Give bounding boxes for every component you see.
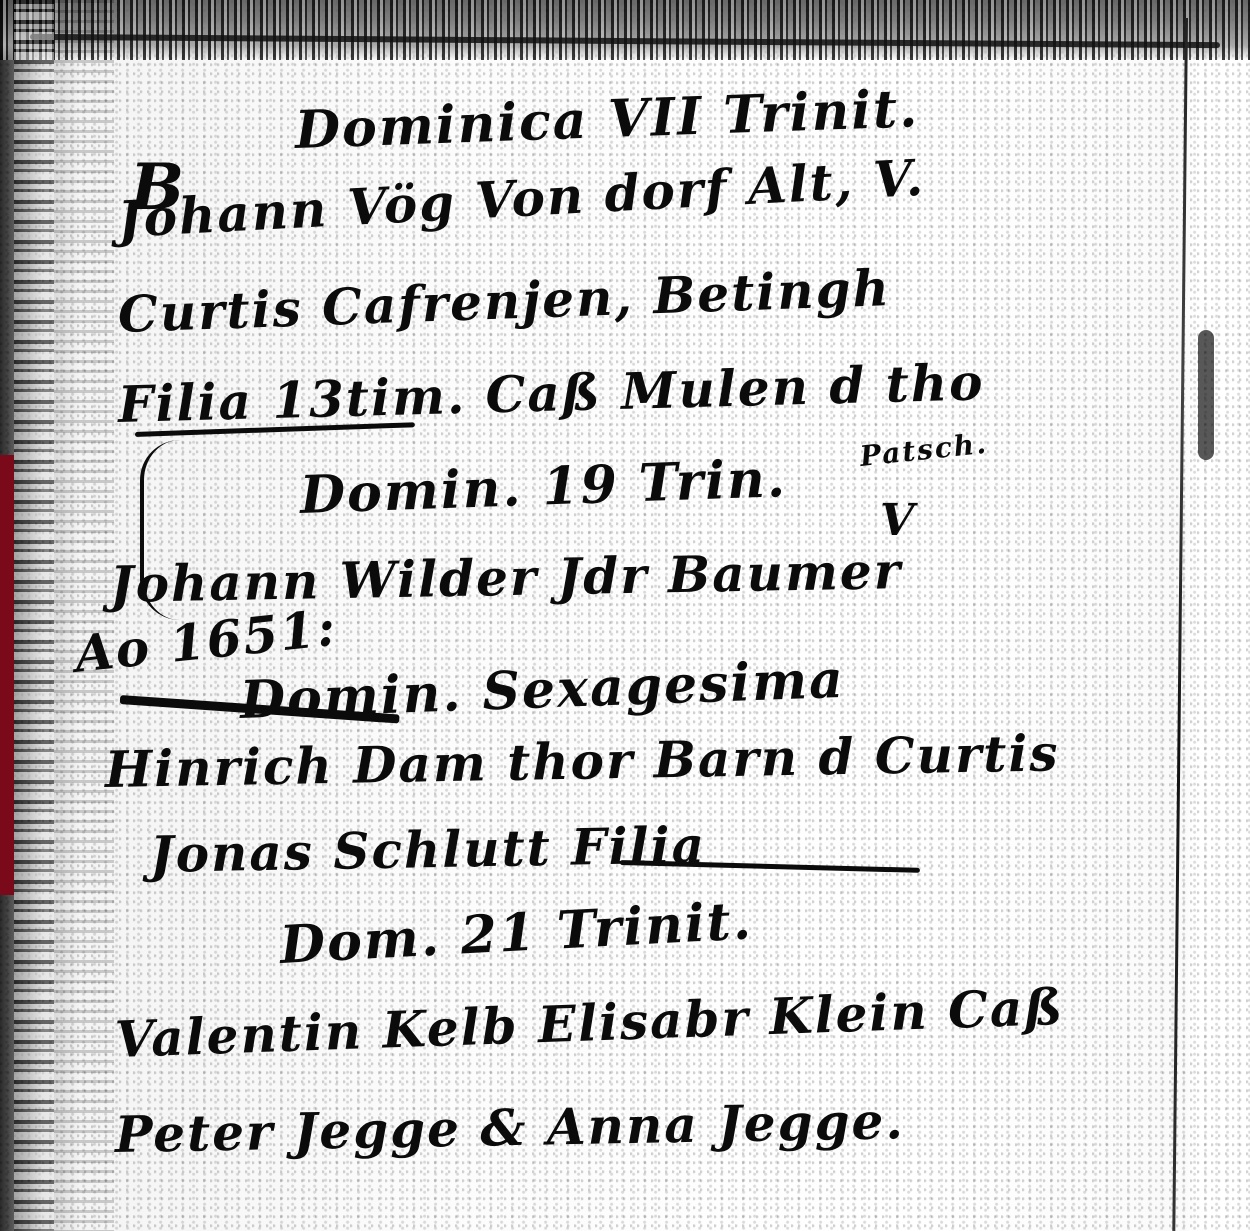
entry-2-line-1: Johann Wilder Jdr Baumer	[109, 541, 902, 614]
entry-1-line-3: Filia 13tim. Caß Mulen d tho	[117, 352, 985, 434]
binding-shadow	[54, 0, 114, 1231]
entry-1-heading: Dominica VII Trinit.	[294, 78, 920, 161]
entry-4-line-1: Valentin Kelb Elisabr Klein Caß	[114, 977, 1065, 1069]
entry-4-heading: Dom. 21 Trinit.	[278, 890, 754, 976]
page-top-edge	[0, 0, 1250, 60]
manuscript-page: B Dominica VII Trinit. Johann Vög Von do…	[0, 0, 1250, 1231]
entry-4-line-2: Peter Jegge & Anna Jegge.	[114, 1091, 905, 1164]
entry-1-line-2: Curtis Cafrenjen, Betingh	[117, 258, 892, 344]
entry-1-annotation: Patsch.	[858, 427, 989, 473]
entry-2-annotation: V	[880, 495, 916, 546]
entry-2-heading: Domin. 19 Trin.	[299, 448, 788, 526]
side-marker-bar	[0, 455, 14, 895]
margin-ink-blot	[1198, 330, 1214, 460]
entry-3-line-2: Jonas Schlutt Filia	[149, 815, 706, 884]
right-margin-rule	[1172, 18, 1188, 1231]
entry-3-line-1: Hinrich Dam thor Barn d Curtis	[104, 723, 1059, 799]
book-binding-edge	[14, 0, 54, 1231]
entry-1-line-1: Johann Vög Von dorf Alt, V.	[116, 148, 926, 249]
